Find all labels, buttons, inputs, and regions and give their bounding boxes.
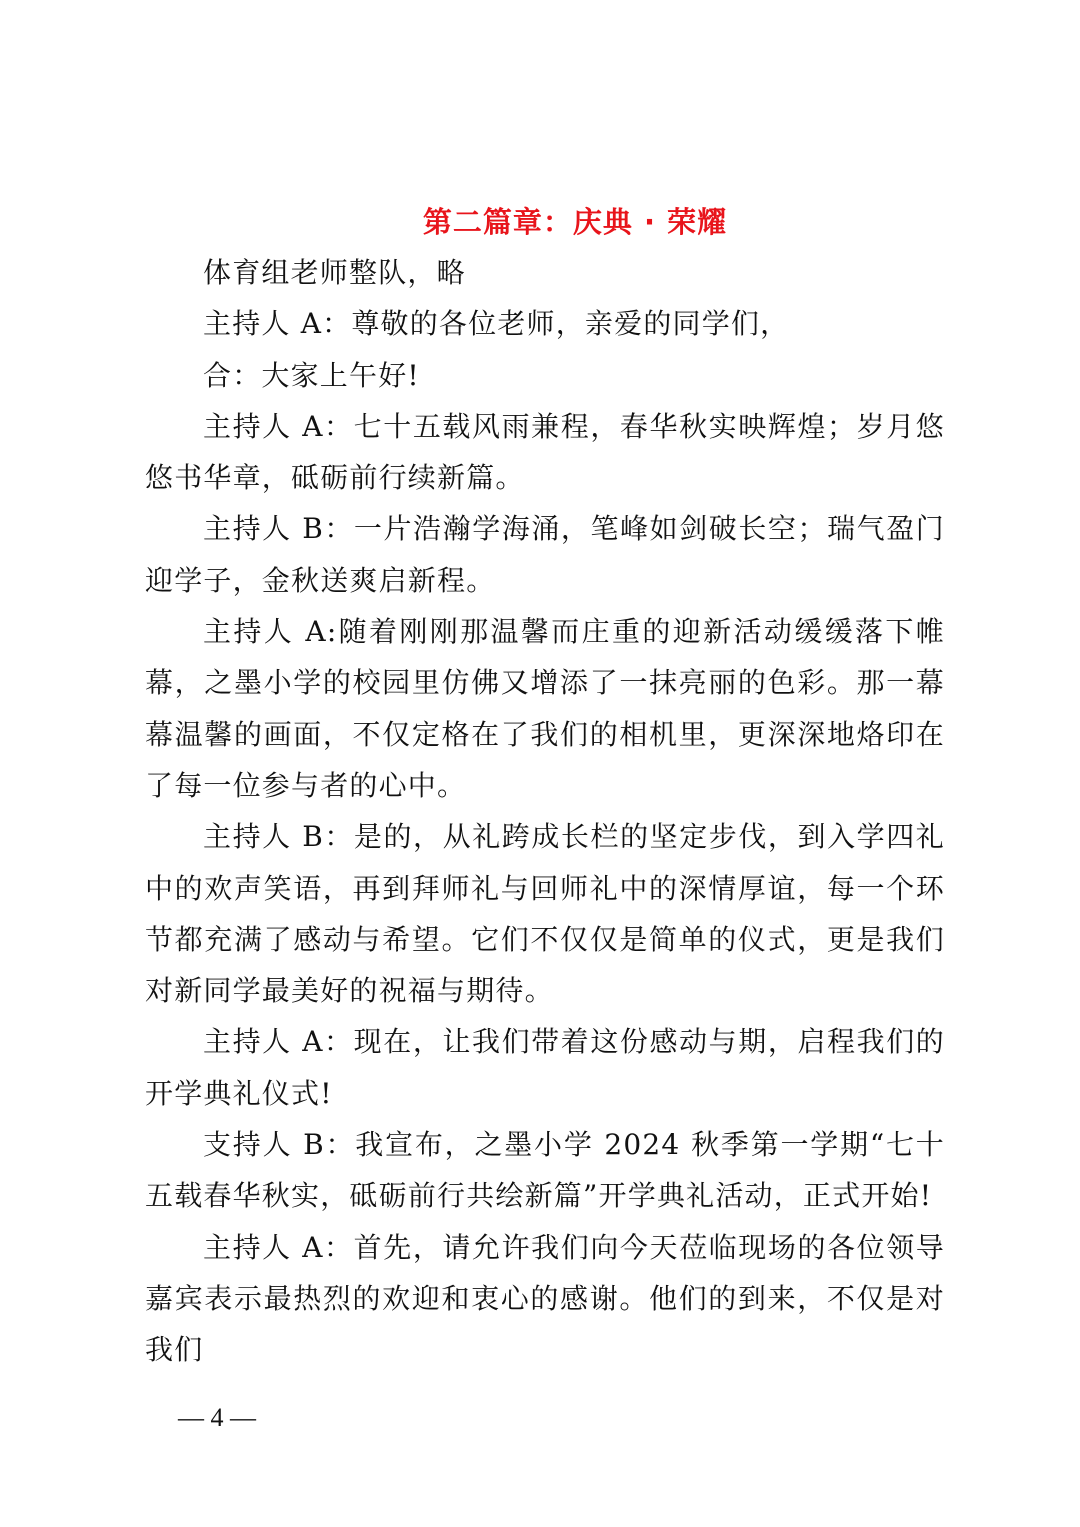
- paragraph-10: 主持人 A：首先，请允许我们向今天莅临现场的各位领导嘉宾表示最热烈的欢迎和衷心的…: [145, 1222, 945, 1376]
- document-body: 体育组老师整队，略 主持人 A：尊敬的各位老师，亲爱的同学们， 合：大家上午好!…: [145, 247, 945, 1376]
- document-page: 第二篇章：庆典 · 荣耀 体育组老师整队，略 主持人 A：尊敬的各位老师，亲爱的…: [0, 0, 1080, 1527]
- paragraph-1: 体育组老师整队，略: [145, 247, 945, 298]
- page-number: — 4 —: [178, 1403, 256, 1433]
- paragraph-7: 主持人 B：是的，从礼跨成长栏的坚定步伐，到入学四礼中的欢声笑语，再到拜师礼与回…: [145, 811, 945, 1016]
- chapter-title: 第二篇章：庆典 · 荣耀: [0, 198, 1080, 246]
- paragraph-9: 支持人 B：我宣布，之墨小学 2024 秋季第一学期“七十五载春华秋实，砥砺前行…: [145, 1119, 945, 1222]
- paragraph-6: 主持人 A:随着刚刚那温馨而庄重的迎新活动缓缓落下帷幕，之墨小学的校园里仿佛又增…: [145, 606, 945, 811]
- paragraph-3: 合：大家上午好!: [145, 350, 945, 401]
- paragraph-5: 主持人 B：一片浩瀚学海涌，笔峰如剑破长空；瑞气盈门迎学子，金秋送爽启新程。: [145, 503, 945, 606]
- paragraph-8: 主持人 A：现在，让我们带着这份感动与期，启程我们的开学典礼仪式!: [145, 1016, 945, 1119]
- paragraph-2: 主持人 A：尊敬的各位老师，亲爱的同学们，: [145, 298, 945, 349]
- paragraph-4: 主持人 A：七十五载风雨兼程，春华秋实映辉煌；岁月悠悠书华章，砥砺前行续新篇。: [145, 401, 945, 504]
